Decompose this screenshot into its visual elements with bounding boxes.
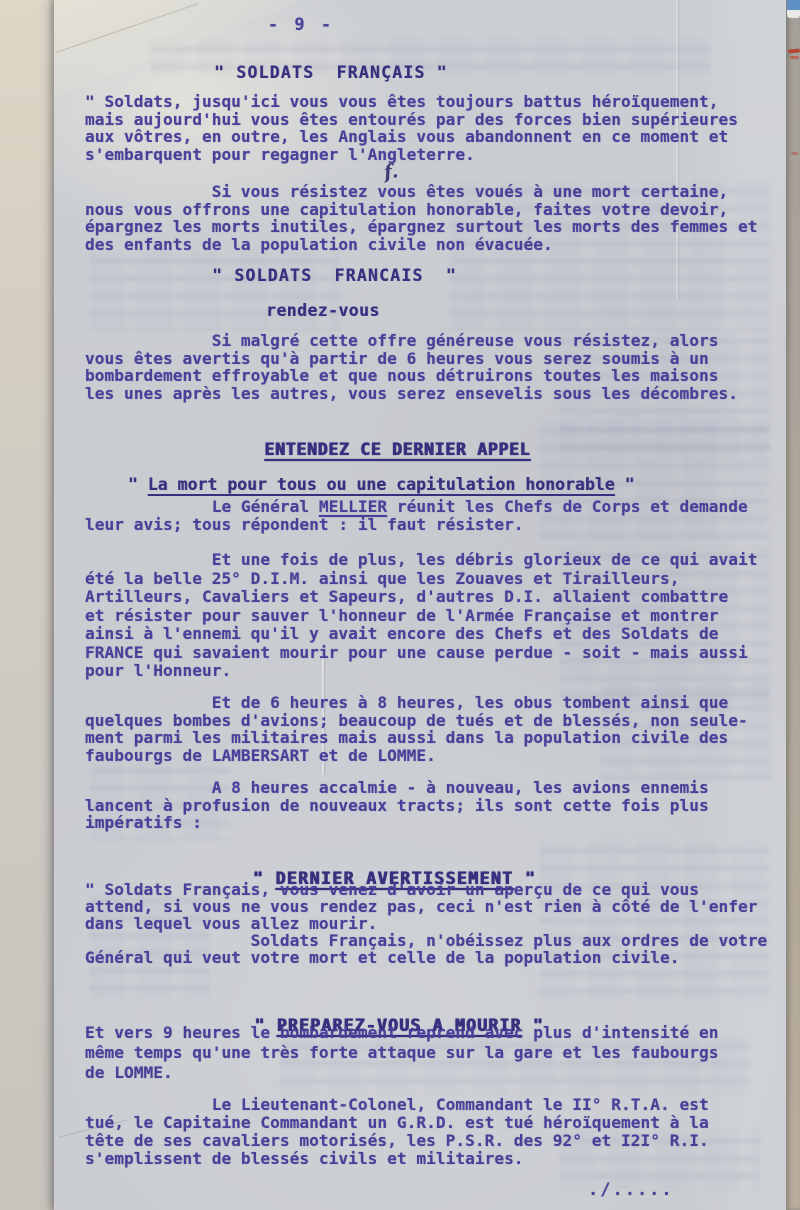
page-number: - 9 - xyxy=(256,15,346,35)
paragraph-dernier-avertissement-texte: " Soldats Français, vous venez d'avoir u… xyxy=(85,881,767,966)
paragraph-bombardement-9-heures: Et vers 9 heures le bombardement reprend… xyxy=(85,1023,718,1083)
continuation-mark: ./..... xyxy=(588,1180,674,1200)
edge-blue-tab xyxy=(787,0,800,18)
heading-soldats-francais-2: " SOLDATS FRANCAIS " xyxy=(212,266,457,285)
heading-soldats-francais-1: " SOLDATS FRANÇAIS " xyxy=(214,63,448,82)
adjacent-page-edge xyxy=(0,0,56,1210)
handwritten-ink-mark: f. xyxy=(383,160,400,184)
photo-edge-strip xyxy=(786,0,800,1210)
edge-red-mark xyxy=(790,56,799,59)
subheading-rendez-vous: rendez-vous xyxy=(266,301,380,320)
paragraph-accalmie-tracts: A 8 heures accalmie - à nouveau, les avi… xyxy=(85,779,709,832)
paragraph-pertes-officiers: Le Lieutenant-Colonel, Commandant le II°… xyxy=(85,1096,709,1168)
paragraph-capitulation-offer: Si vous résistez vous êtes voués à une m… xyxy=(85,183,757,253)
edge-red-mark xyxy=(791,152,798,155)
paragraph-general-mellier: Le Général MELLIER réunit les Chefs de C… xyxy=(85,498,748,533)
paragraph-tract-appeal-1: " Soldats, jusqu'ici vous vous êtes touj… xyxy=(85,93,738,163)
paragraph-25e-dim-resistance: Et une fois de plus, les débris glorieux… xyxy=(85,551,757,681)
paragraph-bombardement-6-8-heures: Et de 6 heures à 8 heures, les obus tomb… xyxy=(85,694,748,764)
paragraph-ultimatum: Si malgré cette offre généreuse vous rés… xyxy=(85,332,738,402)
heading-entendez-appel: ENTENDEZ CE DERNIER APPEL xyxy=(243,421,530,459)
heading-slogan-mort-ou-capitulation: " La mort pour tous ou une capitulation … xyxy=(108,456,635,494)
